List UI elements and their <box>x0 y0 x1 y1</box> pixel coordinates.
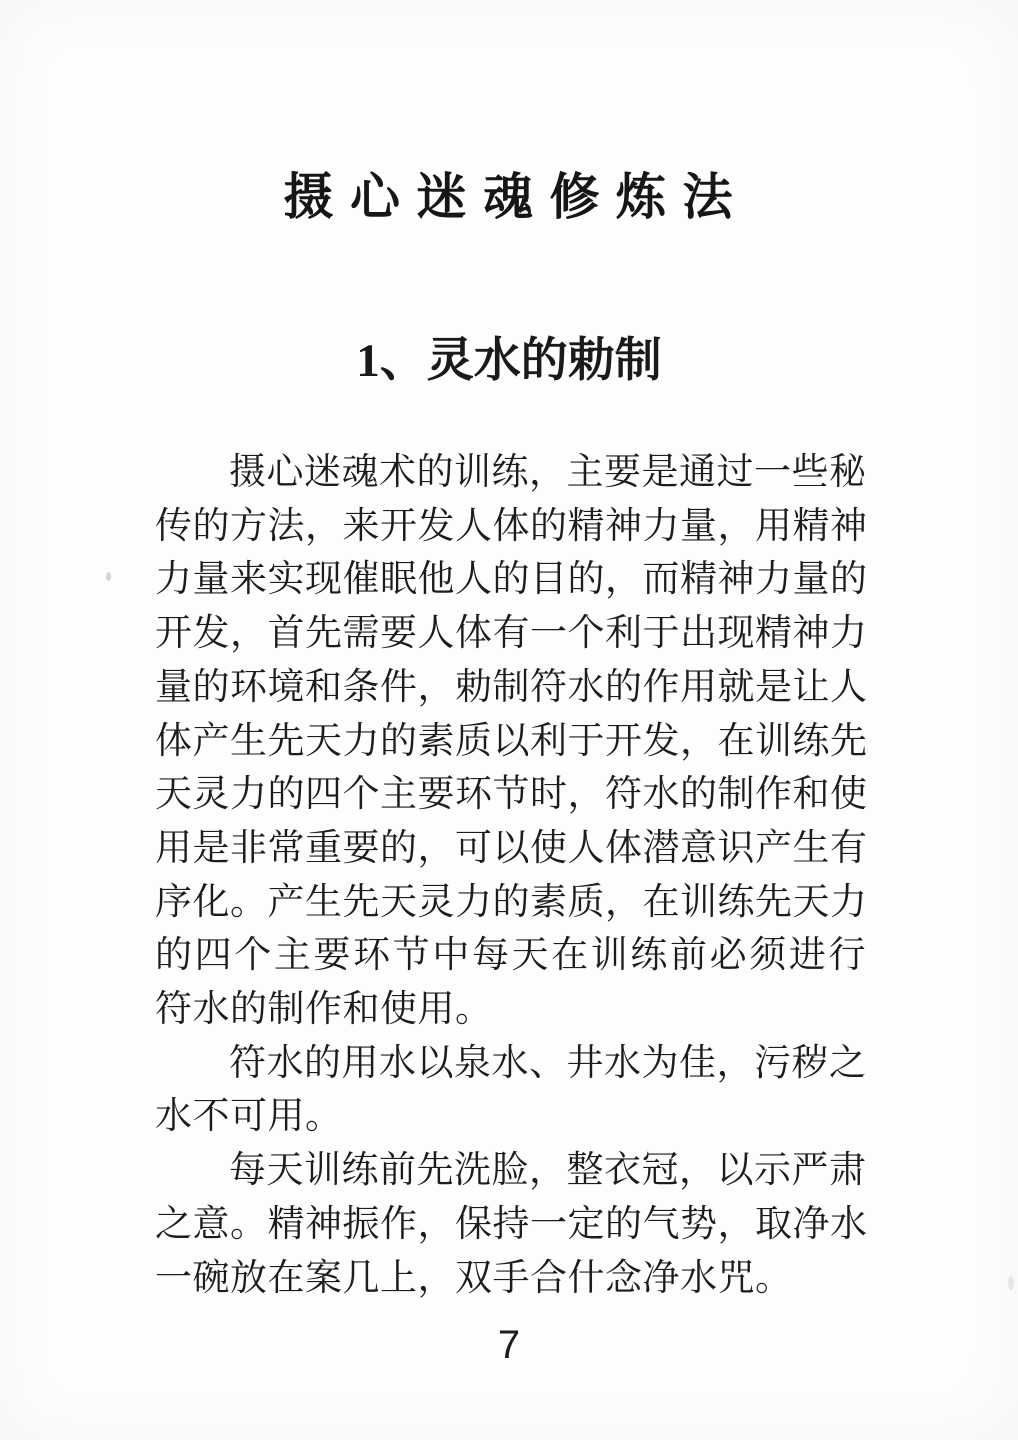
body-line: 量的环境和条件，勅制符水的作用就是让人 <box>155 661 866 715</box>
body-line: 摄心迷魂术的训练，主要是通过一些秘 <box>155 446 866 500</box>
page-number: 7 <box>0 1322 1018 1368</box>
body-line: 体产生先天力的素质以利于开发，在训练先 <box>155 715 866 769</box>
body-line: 每天训练前先洗脸，整衣冠，以示严肃 <box>155 1144 866 1198</box>
body-line: 之意。精神振作，保持一定的气势，取净水 <box>155 1198 866 1252</box>
body-line: 符水的制作和使用。 <box>155 983 866 1037</box>
body-line: 序化。产生先天灵力的素质，在训练先天力 <box>155 876 866 930</box>
body-line: 开发，首先需要人体有一个利于出现精神力 <box>155 607 866 661</box>
scan-speck <box>1008 1276 1014 1290</box>
body-line: 天灵力的四个主要环节时，符水的制作和使 <box>155 768 866 822</box>
body-text: 摄心迷魂术的训练，主要是通过一些秘传的方法，来开发人体的精神力量，用精神力量来实… <box>155 446 866 1305</box>
body-line: 水不可用。 <box>155 1090 866 1144</box>
body-line: 用是非常重要的，可以使人体潜意识产生有 <box>155 822 866 876</box>
chapter-title: 摄 心 迷 魂 修 炼 法 <box>0 168 1018 226</box>
body-line: 符水的用水以泉水、井水为佳，污秽之 <box>155 1037 866 1091</box>
scan-speck <box>106 572 111 581</box>
body-line: 传的方法，来开发人体的精神力量，用精神 <box>155 500 866 554</box>
body-line: 一碗放在案几上，双手合什念净水咒。 <box>155 1252 866 1306</box>
section-heading: 1、灵水的勅制 <box>0 333 1018 389</box>
body-line: 力量来实现催眠他人的目的，而精神力量的 <box>155 553 866 607</box>
scanned-book-page: 摄 心 迷 魂 修 炼 法 1、灵水的勅制 摄心迷魂术的训练，主要是通过一些秘传… <box>0 0 1018 1440</box>
body-line: 的四个主要环节中每天在训练前必须进行 <box>155 929 866 983</box>
